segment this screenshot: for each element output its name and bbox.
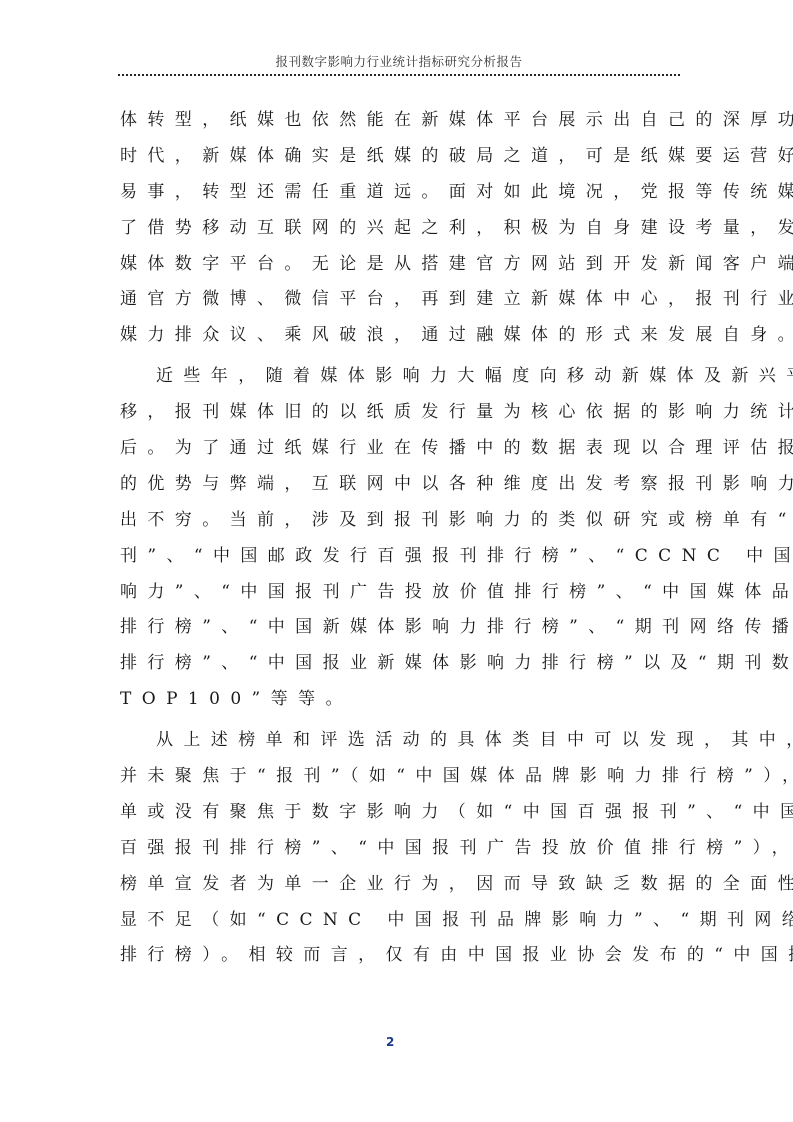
paragraph-1: 体转型，纸媒也依然能在新媒体平台展示出自己的深厚功底。互联网 时代，新媒体确实是… [120,103,676,354]
text-line: 体转型，纸媒也依然能在新媒体平台展示出自己的深厚功底。互联网 [120,103,676,139]
text-line: 排行榜”、“中国新媒体影响力排行榜”、“期刊网络传播 TOP100 [120,610,676,646]
text-line: 了借势移动互联网的兴起之利，积极为自身建设考量，发展着各类新 [120,211,676,247]
paragraph-2: 近些年，随着媒体影响力大幅度向移动新媒体及新兴平台上迁 移，报刊媒体旧的以纸质发… [120,359,676,718]
text-line: 时代，新媒体确实是纸媒的破局之道，可是纸媒要运营好新媒体并非 [120,139,676,175]
body-text: 体转型，纸媒也依然能在新媒体平台展示出自己的深厚功底。互联网 时代，新媒体确实是… [120,103,676,974]
text-line: TOP100”等等。 [120,682,676,718]
page-number: 2 [386,1035,394,1049]
text-line: 显不足（如“CCNC 中国报刊品牌影响力”、“期刊网络传播 TOP100 [120,903,676,939]
running-header: 报刊数字影响力行业统计指标研究分析报告 [118,52,680,70]
text-line: 单或没有聚焦于数字影响力（如“中国百强报刊”、“中国邮政发行 [120,795,676,831]
text-line: 的优势与弊端，互联网中以各种维度出发考察报刊影响力的榜单也层 [120,467,676,503]
text-line: 移，报刊媒体旧的以纸质发行量为核心依据的影响力统计指标显然落 [120,395,676,431]
text-line: 媒力排众议、乘风破浪，通过融媒体的形式来发展自身。 [120,318,676,354]
text-line: 百强报刊排行榜”、“中国报刊广告投放价值排行榜”），又或者是 [120,831,676,867]
text-line: 排行榜）。相较而言，仅有由中国报业协会发布的“中国报业新媒体 [120,938,676,974]
text-line: 刊”、“中国邮政发行百强报刊排行榜”、“CCNC 中国报刊品牌影 [120,539,676,575]
text-line: 排行榜”、“中国报业新媒体影响力排行榜”以及“期刊数字影响力 [120,646,676,682]
text-line: 后。为了通过纸媒行业在传播中的数据表现以合理评估报刊在转型中 [120,431,676,467]
text-line: 出不穷。当前，涉及到报刊影响力的类似研究或榜单有“中国百强报 [120,503,676,539]
text-line: 并未聚焦于“报刊”（如“中国媒体品牌影响力排行榜”），有的榜 [120,759,676,795]
text-line: 从上述榜单和评选活动的具体类目中可以发现，其中，有的榜单 [120,723,676,759]
text-line: 近些年，随着媒体影响力大幅度向移动新媒体及新兴平台上迁 [120,359,676,395]
text-line: 通官方微博、微信平台，再到建立新媒体中心，报刊行业仍有一众纸 [120,282,676,318]
text-line: 媒体数字平台。无论是从搭建官方网站到开发新闻客户端，还是从开 [120,247,676,283]
text-line: 易事，转型还需任重道远。面对如此境况，党报等传统媒体纷纷选择 [120,175,676,211]
text-line: 响力”、“中国报刊广告投放价值排行榜”、“中国媒体品牌影响力 [120,575,676,611]
header-divider [118,74,680,76]
paragraph-3: 从上述榜单和评选活动的具体类目中可以发现，其中，有的榜单 并未聚焦于“报刊”（如… [120,723,676,974]
text-line: 榜单宣发者为单一企业行为，因而导致缺乏数据的全面性及权威性稍 [120,867,676,903]
